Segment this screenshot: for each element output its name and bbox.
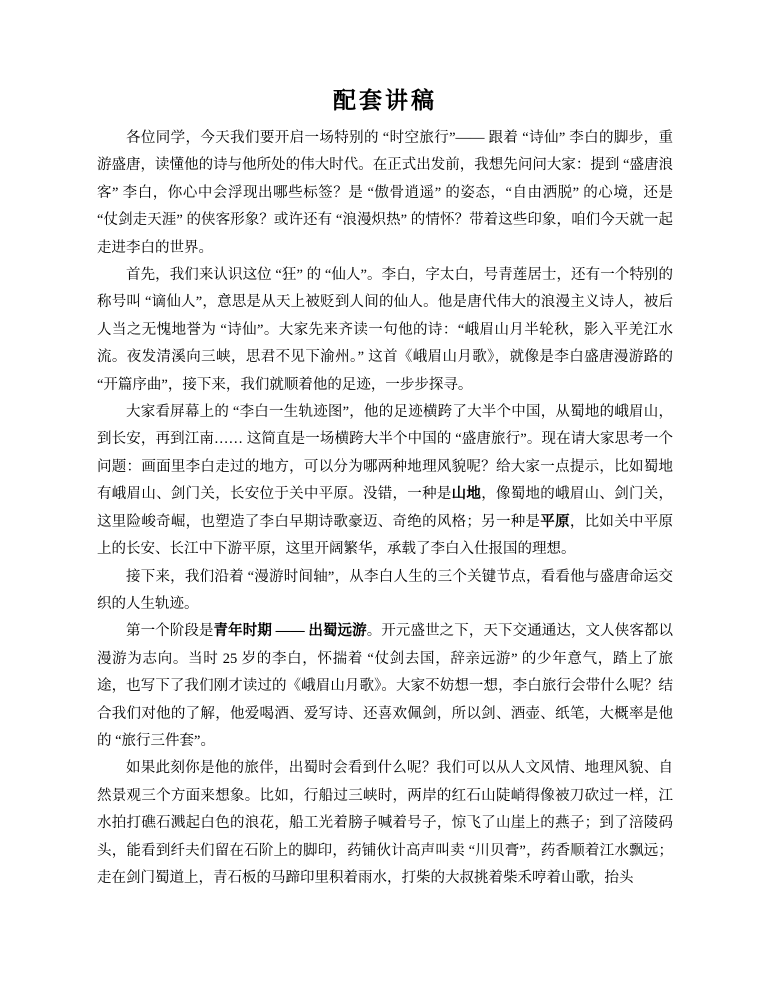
text-run: 。开元盛世之下，天下交通通达，文人侠客都以漫游为志向。当时 25 岁的李白，怀揣… (97, 623, 673, 749)
bold-text-run: 山地 (452, 486, 482, 502)
text-run: 接下来，我们沿着 “漫游时间轴”，从李白人生的三个关键节点，看看他与盛唐命运交织… (97, 569, 673, 612)
bold-text-run: 平原 (540, 514, 570, 530)
paragraph: 接下来，我们沿着 “漫游时间轴”，从李白人生的三个关键节点，看看他与盛唐命运交织… (97, 564, 673, 619)
paragraph: 各位同学，今天我们要开启一场特别的 “时空旅行”—— 跟着 “诗仙” 李白的脚步… (97, 125, 673, 262)
document-title: 配套讲稿 (0, 86, 770, 116)
document-page: 配套讲稿 各位同学，今天我们要开启一场特别的 “时空旅行”—— 跟着 “诗仙” … (0, 0, 770, 1000)
text-run: 第一个阶段是 (126, 623, 214, 639)
text-run: 各位同学，今天我们要开启一场特别的 “时空旅行”—— 跟着 “诗仙” 李白的脚步… (97, 130, 673, 256)
document-body: 各位同学，今天我们要开启一场特别的 “时空旅行”—— 跟着 “诗仙” 李白的脚步… (97, 125, 673, 892)
paragraph: 大家看屏幕上的 “李白一生轨迹图”，他的足迹横跨了大半个中国，从蜀地的峨眉山，到… (97, 399, 673, 563)
paragraph: 如果此刻你是他的旅伴，出蜀时会看到什么呢？我们可以从人文风情、地理风貌、自然景观… (97, 755, 673, 892)
text-run: 首先，我们来认识这位 “狂” 的 “仙人”。李白，字太白，号青莲居士，还有一个特… (97, 267, 673, 393)
paragraph: 第一个阶段是青年时期 —— 出蜀远游。开元盛世之下，天下交通通达，文人侠客都以漫… (97, 618, 673, 755)
text-run: 如果此刻你是他的旅伴，出蜀时会看到什么呢？我们可以从人文风情、地理风貌、自然景观… (97, 760, 673, 886)
bold-text-run: 青年时期 —— 出蜀远游 (214, 623, 367, 639)
paragraph: 首先，我们来认识这位 “狂” 的 “仙人”。李白，字太白，号青莲居士，还有一个特… (97, 262, 673, 399)
